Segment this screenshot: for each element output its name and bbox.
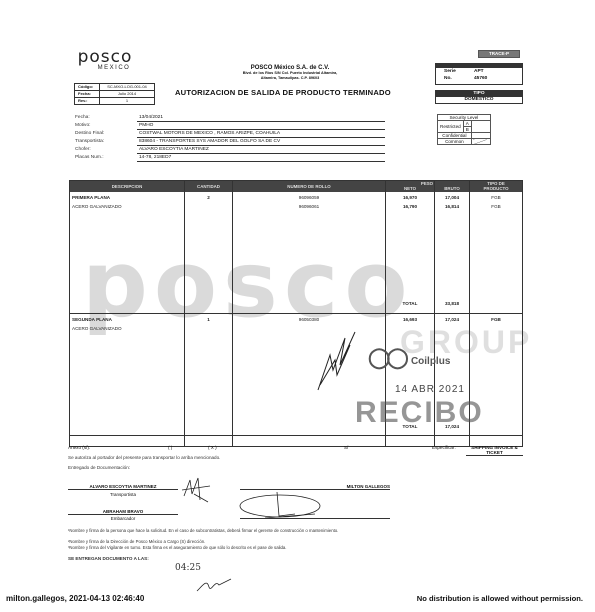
stamp-date: 14 ABR 2021	[395, 384, 465, 395]
tipo-value: DOMESTICO	[436, 97, 522, 103]
signature-2-icon	[235, 490, 325, 525]
group1-cantidad: 2	[185, 195, 232, 200]
coilplus-logo-icon: ◯◯	[368, 347, 405, 369]
group2-total-label: TOTAL	[386, 424, 434, 429]
company-address-line-2: Altamira, Tamaulipas. C.P. 89603	[200, 76, 380, 81]
field-transportista: Transportista:838604 - TRANSPORTES SYS A…	[75, 138, 385, 146]
group1-total-label: TOTAL	[386, 301, 434, 306]
group1-total-value: 33,818	[435, 301, 469, 306]
group1-roll-1: 96096059	[233, 195, 385, 200]
field-fecha: Fecha:13/04/2021	[75, 114, 385, 122]
serie-box: SerieAPT No.45760	[435, 63, 523, 85]
handwritten-time: 04:25	[175, 563, 201, 573]
doc-code-value: SC-MXO-LOG-001-04	[100, 84, 155, 91]
security-restricted: Restricted	[438, 121, 464, 133]
header-descripcion: DESCRIPCION	[70, 181, 184, 192]
security-confidential: Confidential	[438, 133, 472, 139]
field-motivo: Motivo:PMHO	[75, 122, 385, 130]
trace-tag: TRACE-P	[478, 50, 520, 58]
table-header: DESCRIPCION CANTIDAD NUMERO DE ROLLO PES…	[70, 181, 522, 192]
header-cantidad: CANTIDAD	[185, 181, 232, 192]
signature-3-icon	[195, 575, 235, 595]
group2-neto-1: 16,693	[386, 317, 434, 322]
group1-neto-1: 16,970	[386, 195, 434, 200]
security-common-mark	[471, 139, 490, 145]
group1-roll-2: 96096061	[233, 204, 385, 209]
serie-label: Serie	[436, 68, 474, 75]
logo-brand: posco	[74, 50, 136, 65]
entregado-label: Entregado de Documentación:	[68, 465, 130, 470]
especificar-label: Especificar:	[432, 445, 466, 456]
group2-tipo-1: FGB	[470, 317, 522, 322]
group2-cantidad: 1	[185, 317, 232, 322]
signature-scribble-icon	[315, 330, 360, 395]
footnote-2: ²Nombre y firma de la Dirección de Posco…	[68, 539, 388, 544]
footnote-3: ³Nombre y firma del Vigilante en turno. …	[68, 545, 398, 550]
doc-rev-value: 1	[100, 98, 155, 105]
signature-1-icon	[180, 476, 215, 504]
number-label: No.	[436, 75, 474, 82]
company-info: POSCO México S.A. de C.V. Blvd. de los R…	[200, 65, 380, 81]
header-neto: NETO	[386, 186, 434, 191]
security-common: Common	[438, 139, 472, 145]
group1-bruto-1: 17,004	[435, 195, 469, 200]
header-tipo-producto: TIPO DE PRODUCTO	[470, 181, 522, 192]
tipo-box: TIPO DOMESTICO	[435, 90, 523, 104]
group1-bruto-2: 16,814	[435, 204, 469, 209]
entregan-label: SE ENTREGAN DOCUMENTO A LAS:	[68, 556, 149, 561]
document-control-table: Código:SC-MXO-LOG-001-04 Fecha:Julio 201…	[74, 83, 155, 105]
signer-3-role: Embarcador	[68, 516, 178, 521]
distribution-note: No distribution is allowed without permi…	[417, 594, 583, 603]
posco-mexico-logo: posco MEXICO	[74, 50, 136, 71]
signature-line	[240, 518, 390, 519]
user-timestamp: milton.gallegos, 2021-04-13 02:46:40	[6, 594, 144, 603]
shipment-fields: Fecha:13/04/2021 Motivo:PMHO Destino Fin…	[75, 114, 385, 162]
serie-value: APT	[474, 68, 484, 75]
field-placas: Placas Num.:14-78, 218ED7	[75, 154, 385, 162]
doc-date-label: Fecha:	[75, 91, 100, 98]
group2-roll-1: 96050380	[233, 317, 385, 322]
group2-description-2: ACERO GALVANIZADO	[72, 326, 122, 331]
header-rollo: NUMERO DE ROLLO	[233, 181, 385, 192]
si-label: Sí	[344, 445, 432, 456]
footnote-1: ¹Nombre y firma de la persona que hace l…	[68, 528, 368, 533]
logo-subtitle: MEXICO	[92, 65, 136, 71]
especificar-value: SHIPPING INVOICE & TICKET	[466, 445, 523, 456]
signer-3-name: ABRAHAM BRAVO	[68, 509, 178, 515]
doc-rev-label: Rev.:	[75, 98, 100, 105]
security-level-table: Security Level RestrictedA B Confidentia…	[437, 114, 491, 145]
field-destino: Destino Final:COSTWAL MOTORS DE MEXICO ,…	[75, 130, 385, 138]
group2-description-1: SEGUNDA PLANA	[72, 317, 112, 322]
group1-tipo-2: FGB	[470, 204, 522, 209]
field-chofer: Chofer:ALVARO ESCOYTIA MARTINEZ	[75, 146, 385, 154]
group2-total-value: 17,024	[435, 424, 469, 429]
coilplus-stamp-logo: ◯◯ Coilplus	[368, 345, 450, 370]
header-bruto: BRUTO	[435, 186, 469, 191]
signer-1-role: Transportista	[68, 492, 178, 497]
group1-neto-2: 16,790	[386, 204, 434, 209]
group2-bruto-1: 17,024	[435, 317, 469, 322]
authorization-note: Se autoriza al portador del presente par…	[68, 455, 220, 460]
group1-description-2: ACERO GALVANIZADO	[72, 204, 122, 209]
document-title: AUTORIZACION DE SALIDA DE PRODUCTO TERMI…	[175, 88, 391, 97]
number-value: 45760	[474, 75, 487, 82]
doc-code-label: Código:	[75, 84, 100, 91]
group1-tipo-1: FGB	[470, 195, 522, 200]
group1-description-1: PRIMERA PLANA	[72, 195, 110, 200]
doc-date-value: Julio 2014	[100, 91, 155, 98]
anexo-option-2: ( X )	[208, 445, 344, 456]
signer-1-name: ALVARO ESCOYTIA MARTINEZ	[68, 484, 178, 490]
